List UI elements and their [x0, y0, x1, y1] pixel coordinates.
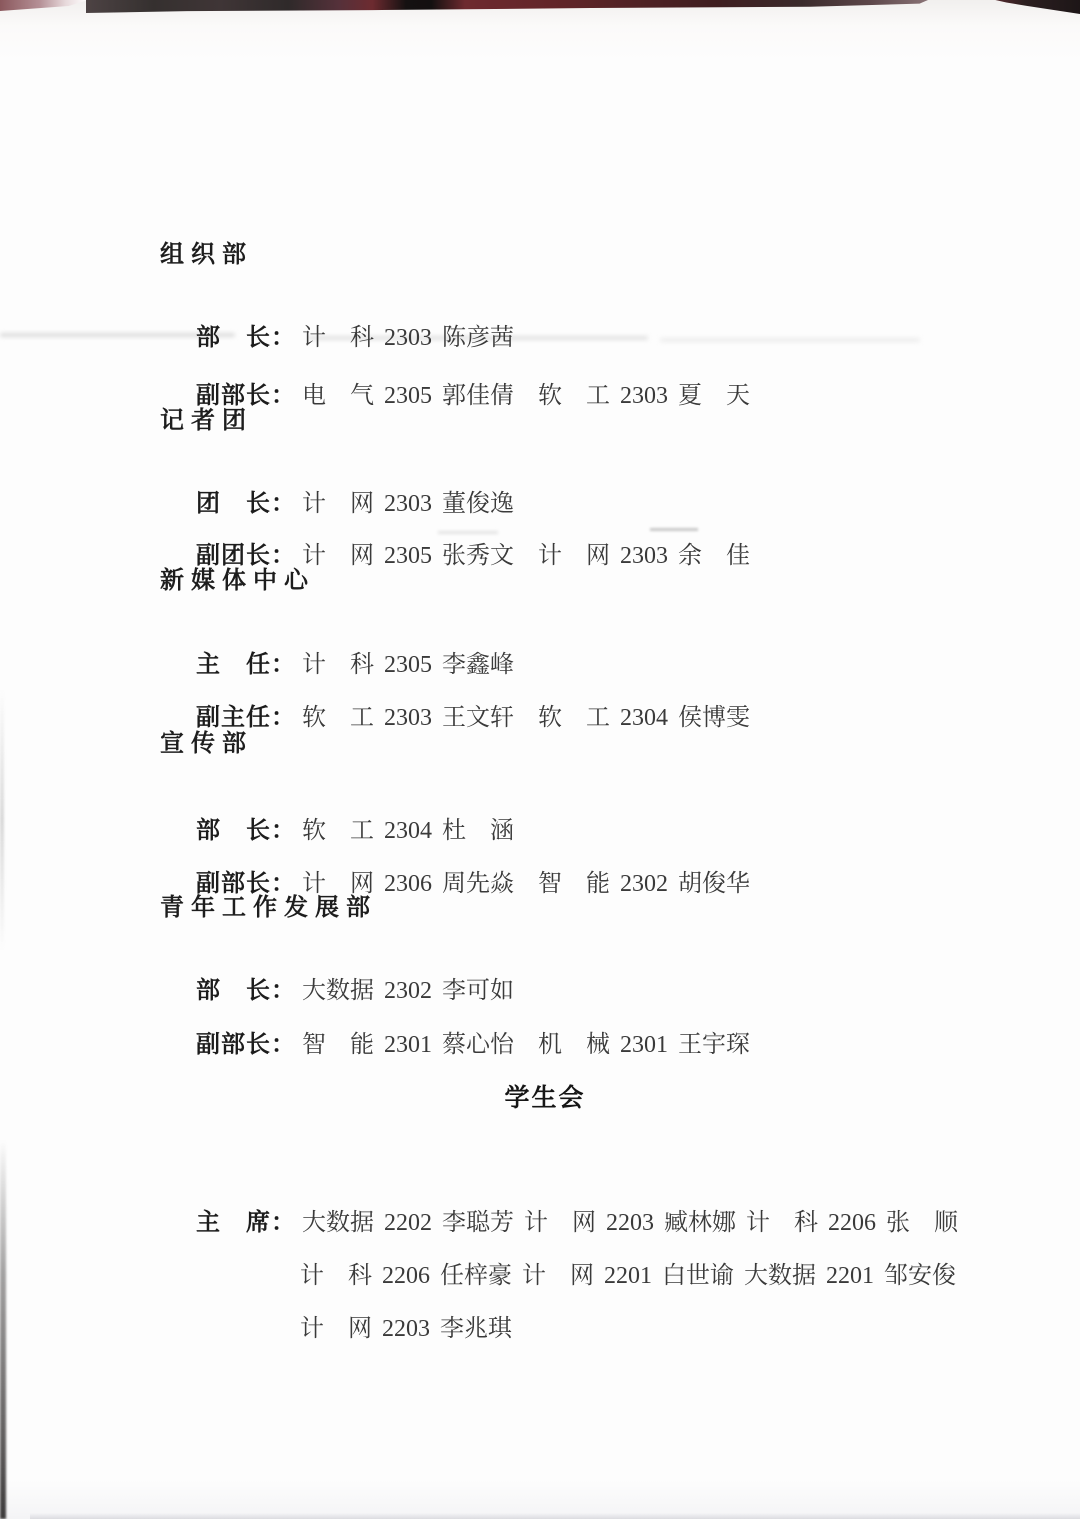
section-heading-organization-dept: 组织部 [160, 240, 253, 270]
document-text: 组织部 部 长：计 科 2303 陈彦茜 副部长：电 气 2305 郭佳倩 软 … [0, 0, 1080, 1519]
member-list: 计 网 2305 张秀文 计 网 2303 余 佳 [302, 543, 750, 569]
member-list: 软 工 2303 王文轩 软 工 2304 侯博雯 [302, 705, 750, 731]
role-label: 副团长： [196, 542, 296, 569]
section-heading-new-media-center: 新媒体中心 [160, 566, 315, 596]
member-list: 计 网 2203 李兆琪 [300, 1316, 512, 1342]
section-heading-journalist-group: 记者团 [160, 406, 253, 436]
role-label: 副主任： [196, 704, 296, 731]
document-page: 组织部 部 长：计 科 2303 陈彦茜 副部长：电 气 2305 郭佳倩 软 … [0, 0, 1080, 1519]
student-union-heading: 学生会 [160, 1083, 930, 1113]
section-heading-youth-work-dept: 青年工作发展部 [160, 893, 377, 923]
role-label: 副部长： [196, 382, 296, 409]
member-list: 计 科 2303 陈彦茜 [302, 325, 514, 351]
chair-continuation-line: 计 网 2203 李兆琪 [264, 1284, 512, 1374]
member-list: 智 能 2301 蔡心怡 机 械 2301 王宇琛 [302, 1032, 750, 1058]
role-label: 部 长： [196, 324, 296, 351]
dept-deputy-row: 副部长：智 能 2301 蔡心怡 机 械 2301 王宇琛 [160, 1000, 750, 1090]
section-heading-publicity-dept: 宣传部 [160, 729, 253, 759]
member-list: 电 气 2305 郭佳倩 软 工 2303 夏 天 [302, 383, 750, 409]
role-label: 副部长： [196, 1031, 296, 1058]
